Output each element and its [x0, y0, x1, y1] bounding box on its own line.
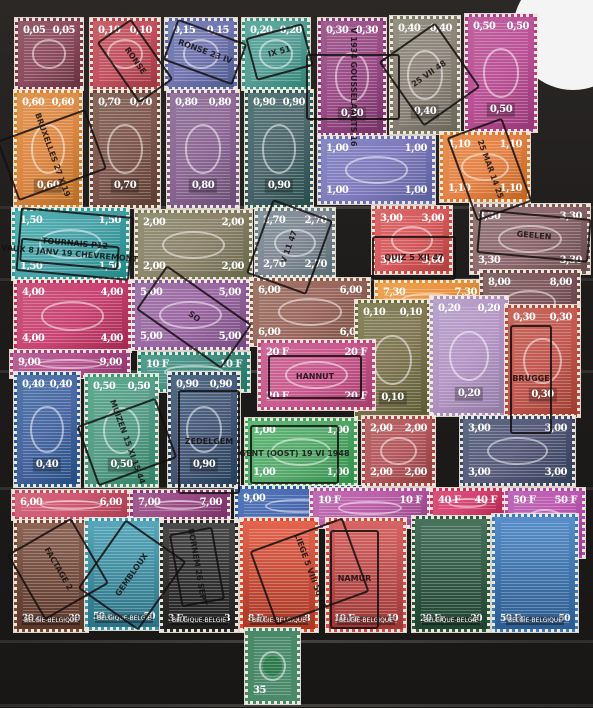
denomination: 20 F — [345, 348, 368, 358]
coat-of-arms-emblem — [31, 124, 66, 173]
denomination: 1,10 — [448, 140, 470, 150]
denomination: 10 F — [220, 360, 243, 370]
denomination: 0,90 — [210, 380, 232, 390]
denomination: 1,00 — [405, 186, 427, 196]
denomination: 3,00 — [380, 256, 402, 266]
stamp: 30 c30BELGIE-BELGIQUE — [14, 520, 88, 632]
country-name: BELGIE-BELGIQUE — [337, 616, 395, 625]
stamp: 10 Fr10BELGIE-BELGIQUE — [326, 518, 406, 632]
stamp: 3,003,003,003,00 — [460, 416, 575, 486]
stamp: 0,500,500,50 — [465, 14, 537, 132]
stamp: 0,800,800,80 — [167, 90, 239, 208]
stamp: 0,700,700,70 — [90, 90, 160, 208]
denomination: 7,30 — [383, 288, 405, 298]
coat-of-arms-emblem — [159, 301, 221, 329]
denomination: 3,30 — [560, 212, 582, 222]
stamp: 0,400,400,40 — [390, 16, 460, 134]
coat-of-arms-emblem — [380, 437, 418, 465]
denomination: 0,70 — [130, 98, 152, 108]
coat-of-arms-emblem — [345, 156, 407, 183]
denomination: 7,00 — [138, 498, 160, 508]
coat-of-arms-emblem — [107, 124, 143, 173]
stamp: 2,002,002,002,00 — [362, 416, 435, 486]
coat-of-arms-emblem — [38, 359, 102, 369]
denomination: 0,90 — [283, 98, 305, 108]
stamp: 3,003,003,003,00 — [372, 206, 452, 274]
stamp: 0,200,20 — [242, 18, 310, 90]
denomination: 4,00 — [101, 334, 123, 344]
denomination: 1,50 — [20, 216, 42, 226]
denomination: 8,00 — [550, 278, 572, 288]
denomination: 1,50 — [99, 262, 121, 272]
denomination: 0,10 — [400, 308, 422, 318]
denomination: 0,30 — [528, 388, 556, 402]
denomination: 6,00 — [258, 328, 280, 338]
denomination: 3,30 — [478, 256, 500, 266]
denomination: 1,00 — [327, 426, 349, 436]
denomination: 3,00 — [545, 424, 567, 434]
denomination: 40 F — [475, 496, 498, 506]
country-name: BELGIQUE-BELGIE — [95, 614, 153, 623]
denomination: 20 F — [266, 348, 289, 358]
denomination: 4,00 — [22, 334, 44, 344]
stamp: 0,900,900,90 — [168, 372, 240, 487]
denomination: 4,00 — [101, 288, 123, 298]
coat-of-arms-emblem — [407, 50, 443, 99]
denomination: 0,40 — [398, 24, 420, 34]
stamp: 0,150,15 — [165, 18, 237, 90]
coat-of-arms-emblem — [335, 52, 370, 101]
denomination: 0,40 — [411, 105, 439, 119]
denomination: 0,50 — [487, 103, 515, 117]
denomination: 10 F — [318, 496, 341, 506]
engraving-pattern — [23, 529, 79, 623]
coat-of-arms-emblem — [391, 226, 432, 253]
denomination: 2,00 — [405, 468, 427, 478]
stamp: 3 Fr3BELGIQUE-BELGIE — [160, 520, 238, 632]
denomination: 0,20 — [438, 304, 460, 314]
coat-of-arms-emblem — [278, 298, 342, 325]
stamp: 1,101,101,101,10 — [440, 132, 530, 202]
denomination: 1,00 — [327, 468, 349, 478]
stamp: 0,300,300,30 — [505, 305, 580, 417]
denomination: 1,10 — [448, 184, 470, 194]
coat-of-arms-emblem — [262, 124, 297, 173]
stamp: 6,006,00 — [12, 490, 130, 520]
stamp: 7,007,00 — [130, 490, 230, 520]
denomination: 9,00 — [100, 358, 122, 368]
denomination: 2,70 — [305, 260, 327, 270]
denomination: 10 F — [146, 360, 169, 370]
coat-of-arms-emblem — [39, 229, 101, 258]
stamp: 0,200,200,20 — [430, 296, 508, 416]
denomination: 0,30 — [513, 313, 535, 323]
coat-of-arms-emblem — [41, 301, 103, 330]
stamp: 8 Fr8BELGIE-BELGIQUE — [240, 518, 318, 632]
denomination: 0,70 — [111, 179, 139, 193]
denomination: 6,00 — [100, 498, 122, 508]
country-name: BELGIQUE-BELGIE — [422, 616, 480, 625]
coat-of-arms-emblem — [162, 231, 224, 259]
denomination: 3,00 — [468, 468, 490, 478]
stamp: 1,501,501,501,50 — [12, 208, 129, 280]
denomination: 0,20 — [478, 304, 500, 314]
stamp: 0,900,900,90 — [245, 90, 313, 208]
denomination: 0,80 — [209, 98, 231, 108]
denomination: 0,05 — [53, 26, 75, 36]
denomination: 3,00 — [422, 214, 444, 224]
stamp: 1,001,001,001,00 — [318, 136, 435, 204]
denomination: 1,50 — [20, 262, 42, 272]
denomination: 6,00 — [340, 286, 362, 296]
denomination: 0,30 — [550, 313, 572, 323]
coat-of-arms-emblem — [103, 407, 141, 454]
stamp: 50 c50BELGIQUE-BELGIE — [85, 518, 163, 630]
denomination: 6,00 — [258, 286, 280, 296]
stamp: 0,300,300,30 — [318, 18, 386, 136]
stamp: 50 Fr50BELGIE-BELGIQUE — [492, 514, 578, 632]
denomination: 9,00 — [243, 494, 265, 504]
coat-of-arms-emblem — [259, 39, 294, 68]
denomination: 3,00 — [468, 424, 490, 434]
coat-of-arms-emblem — [274, 229, 315, 257]
stamp: 5,005,005,005,00 — [132, 280, 249, 350]
denomination: 0,30 — [356, 26, 378, 36]
coat-of-arms-emblem — [183, 39, 220, 68]
denomination: 40 F — [438, 496, 461, 506]
denomination: 2,70 — [263, 260, 285, 270]
denomination: 0,15 — [173, 26, 195, 36]
coat-of-arms-emblem — [32, 39, 67, 68]
denomination: 3,30 — [560, 256, 582, 266]
coat-of-arms-emblem — [461, 153, 508, 181]
coat-of-arms-emblem — [185, 124, 222, 173]
denomination: 2,70 — [305, 216, 327, 226]
denomination: 0,50 — [107, 458, 135, 472]
denomination: 0,90 — [265, 179, 293, 193]
coat-of-arms-emblem — [483, 48, 520, 97]
country-name: BELGIE-BELGIQUE — [22, 616, 80, 625]
denomination: 6,00 — [20, 498, 42, 508]
denomination: 0,50 — [128, 382, 150, 392]
denomination: 0,10 — [363, 308, 385, 318]
denomination: 1,10 — [500, 140, 522, 150]
coat-of-arms-emblem — [373, 335, 412, 385]
denomination: 0,40 — [33, 458, 61, 472]
denomination: 0,20 — [280, 26, 302, 36]
denomination: 0,10 — [98, 26, 120, 36]
denomination: 1,10 — [500, 184, 522, 194]
stamp: 2,002,002,002,00 — [135, 210, 252, 280]
stamp-stock-card: 0,050,050,100,100,150,150,200,200,300,30… — [0, 0, 593, 708]
coat-of-arms-emblem — [271, 438, 330, 465]
coat-of-arms-emblem — [107, 39, 143, 68]
denomination: 50 F — [513, 496, 536, 506]
denomination: 1,00 — [326, 186, 348, 196]
denomination: 3,00 — [380, 214, 402, 224]
stamp: 4,004,004,004,00 — [14, 280, 131, 352]
denomination: 0,60 — [52, 98, 74, 108]
denomination: 3,00 — [545, 468, 567, 478]
stamp: 3,303,303,303,30 — [470, 204, 590, 274]
denomination: 4,00 — [22, 288, 44, 298]
coat-of-arms-emblem — [498, 225, 562, 253]
engraving-pattern — [94, 527, 154, 621]
denomination: 0,80 — [189, 179, 217, 193]
denomination: 50 F — [555, 496, 578, 506]
denomination: 20 F — [266, 392, 289, 402]
denomination: 0,40 — [22, 380, 44, 390]
denomination: 5,00 — [219, 332, 241, 342]
engraving-pattern — [335, 527, 397, 623]
denomination: 8,00 — [488, 278, 510, 288]
denomination: 20 F — [345, 392, 368, 402]
stamp: 0,050,05 — [15, 18, 83, 90]
denomination: 1,00 — [253, 468, 275, 478]
denomination: 0,15 — [207, 26, 229, 36]
denomination: 35 — [253, 686, 266, 696]
denomination: 0,50 — [93, 382, 115, 392]
stamp: 6,006,006,006,00 — [250, 278, 370, 346]
coat-of-arms-emblem — [30, 406, 64, 454]
engraving-pattern — [169, 529, 229, 623]
denomination: 0,80 — [175, 98, 197, 108]
denomination: 10 F — [400, 496, 423, 506]
engraving-pattern — [421, 525, 481, 623]
denomination: 0,10 — [130, 26, 152, 36]
denomination: 2,70 — [263, 216, 285, 226]
denomination: 0,20 — [250, 26, 272, 36]
engraving-pattern — [249, 527, 309, 623]
denomination: 2,00 — [405, 424, 427, 434]
denomination: 2,00 — [222, 262, 244, 272]
coat-of-arms-emblem — [449, 331, 489, 381]
stamp: 2,702,702,702,70 — [255, 208, 335, 278]
stamp: 0,100,10 — [90, 18, 160, 90]
stamp: 35 — [245, 628, 300, 704]
denomination: 3,00 — [422, 256, 444, 266]
denomination: 1,50 — [99, 216, 121, 226]
denomination: 0,90 — [253, 98, 275, 108]
denomination: 2,00 — [143, 218, 165, 228]
coat-of-arms-emblem — [285, 361, 347, 389]
denomination: 1,00 — [326, 144, 348, 154]
denomination: 0,05 — [23, 26, 45, 36]
denomination: 2,00 — [370, 468, 392, 478]
denomination: 0,60 — [22, 98, 44, 108]
denomination: 2,00 — [222, 218, 244, 228]
country-name: BELGIQUE-BELGIE — [170, 616, 228, 625]
denomination: 9,00 — [18, 358, 40, 368]
stamp: 20 Fr20BELGIQUE-BELGIE — [412, 516, 490, 632]
denomination: 3,30 — [478, 212, 500, 222]
stamp: 20 F20 F20 F20 F — [258, 340, 375, 410]
country-name: BELGIE-BELGIQUE — [506, 616, 564, 625]
denomination: 1,00 — [405, 144, 427, 154]
denomination: 0,70 — [98, 98, 120, 108]
denomination: 5,00 — [140, 288, 162, 298]
denomination: 0,20 — [455, 387, 483, 401]
stamp: 0,500,500,50 — [85, 374, 158, 487]
denomination: 0,50 — [507, 22, 529, 32]
denomination: 0,30 — [326, 26, 348, 36]
denomination: 0,10 — [378, 391, 406, 405]
stamp: 0,600,600,60 — [14, 90, 82, 208]
denomination: 0,90 — [176, 380, 198, 390]
denomination: 0,60 — [34, 179, 62, 193]
denomination: 0,40 — [50, 380, 72, 390]
denomination: 0,50 — [473, 22, 495, 32]
denomination: 0,40 — [430, 24, 452, 34]
denomination: 0,90 — [190, 458, 218, 472]
stock-strip — [0, 704, 593, 707]
denomination: 7,00 — [200, 498, 222, 508]
country-name: BELGIE-BELGIQUE — [250, 616, 308, 625]
stamp: 1,001,001,001,00 — [245, 418, 357, 486]
stamp: 0,400,400,40 — [14, 372, 80, 487]
denomination: 0,30 — [338, 107, 366, 121]
denomination: 2,00 — [370, 424, 392, 434]
denomination: 5,00 — [219, 288, 241, 298]
denomination: 1,00 — [253, 426, 275, 436]
denomination: 5,00 — [140, 332, 162, 342]
coat-of-arms-emblem — [523, 338, 562, 385]
coat-of-arms-emblem — [487, 437, 548, 465]
denomination: 2,00 — [143, 262, 165, 272]
engraving-pattern — [501, 523, 569, 623]
